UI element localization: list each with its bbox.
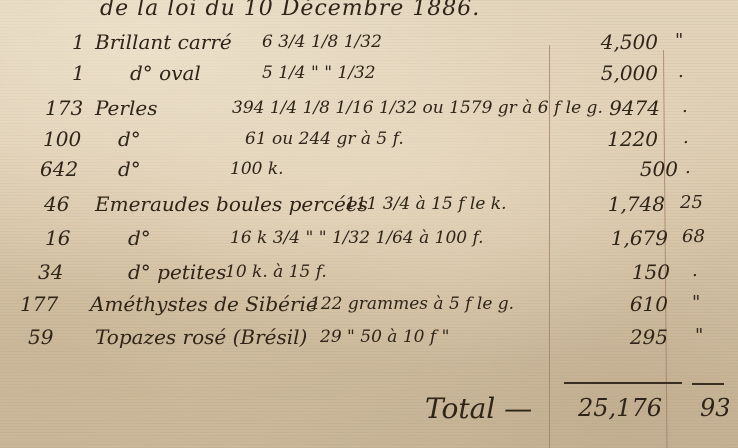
item-cents: . [678, 61, 684, 82]
item-quantity: 46 [44, 192, 69, 216]
total-label: Total — [425, 392, 532, 425]
ledger-row: 642 d° 100 k. 500 . [0, 157, 738, 189]
total-underline-francs [564, 382, 682, 384]
item-description: d° [128, 226, 151, 250]
item-quantity: 1 [72, 61, 85, 85]
item-cents: . [682, 96, 688, 117]
item-amount: 5,000 [558, 61, 658, 85]
item-quantity: 16 [45, 226, 70, 250]
item-description: d° petites [128, 260, 226, 284]
ledger-row: 177 Améthystes de Sibérie 122 grammes à … [0, 292, 738, 324]
ledger-row: 1 d° oval 5 1/4 " " 1/32 5,000 . [0, 61, 738, 93]
item-amount: 295 [568, 325, 668, 349]
item-detail: 5 1/4 " " 1/32 [262, 63, 376, 83]
total-cents: 93 [700, 394, 731, 422]
ledger-row: 34 d° petites 10 k. à 15 f. 150 . [0, 260, 738, 292]
ledger-row: 100 d° 61 ou 244 gr à 5 f. 1220 . [0, 127, 738, 159]
item-description: d° [118, 157, 141, 181]
item-cents: . [685, 157, 691, 178]
item-quantity: 59 [28, 325, 53, 349]
item-quantity: 642 [40, 157, 78, 181]
item-quantity: 34 [38, 260, 63, 284]
ledger-row: 1 Brillant carré 6 3/4 1/8 1/32 4,500 " [0, 30, 738, 62]
item-description: d° [118, 127, 141, 151]
item-detail: 122 grammes à 5 f le g. [310, 294, 514, 314]
item-cents: 25 [680, 192, 703, 213]
item-description: Brillant carré [95, 30, 232, 54]
item-description: Emeraudes boules percées [95, 192, 368, 216]
item-amount: 1,679 [568, 226, 668, 250]
total-amount: 25,176 [578, 394, 662, 422]
item-detail: 29 " 50 à 10 f " [320, 327, 449, 347]
item-quantity: 177 [20, 292, 58, 316]
ledger-row: 16 d° 16 k 3/4 " " 1/32 1/64 à 100 f. 1,… [0, 226, 738, 258]
item-detail: 6 3/4 1/8 1/32 [262, 32, 382, 52]
item-cents: " [695, 325, 703, 346]
item-cents: " [675, 30, 683, 51]
item-detail: 111 3/4 à 15 f le k. [345, 194, 507, 214]
item-amount: 4,500 [558, 30, 658, 54]
item-detail: 100 k. [230, 159, 284, 179]
item-description: d° oval [130, 61, 201, 85]
item-detail: 16 k 3/4 " " 1/32 1/64 à 100 f. [230, 228, 484, 248]
item-quantity: 1 [72, 30, 85, 54]
item-amount: 1220 [558, 127, 658, 151]
item-amount: 150 [570, 260, 670, 284]
item-cents: . [692, 260, 698, 281]
item-amount: 610 [568, 292, 668, 316]
item-amount: 9474 [560, 96, 660, 120]
ledger-row: 59 Topazes rosé (Brésil) 29 " 50 à 10 f … [0, 325, 738, 357]
item-quantity: 173 [45, 96, 83, 120]
item-detail: 394 1/4 1/8 1/16 1/32 ou 1579 gr à 6 f l… [232, 98, 603, 118]
item-cents: " [692, 292, 700, 313]
item-description: Perles [95, 96, 157, 120]
item-cents: . [683, 127, 689, 148]
ledger-row: 173 Perles 394 1/4 1/8 1/16 1/32 ou 1579… [0, 96, 738, 128]
item-quantity: 100 [43, 127, 81, 151]
item-amount: 500 [578, 157, 678, 181]
item-cents: 68 [682, 226, 705, 247]
total-underline-cents [692, 383, 724, 385]
item-description: Améthystes de Sibérie [90, 292, 318, 316]
item-description: Topazes rosé (Brésil) [95, 325, 307, 349]
item-detail: 61 ou 244 gr à 5 f. [245, 129, 404, 149]
item-amount: 1,748 [565, 192, 665, 216]
ledger-row: 46 Emeraudes boules percées 111 3/4 à 15… [0, 192, 738, 224]
item-detail: 10 k. à 15 f. [225, 262, 327, 282]
document-heading: de la loi du 10 Décembre 1886. [100, 0, 480, 21]
